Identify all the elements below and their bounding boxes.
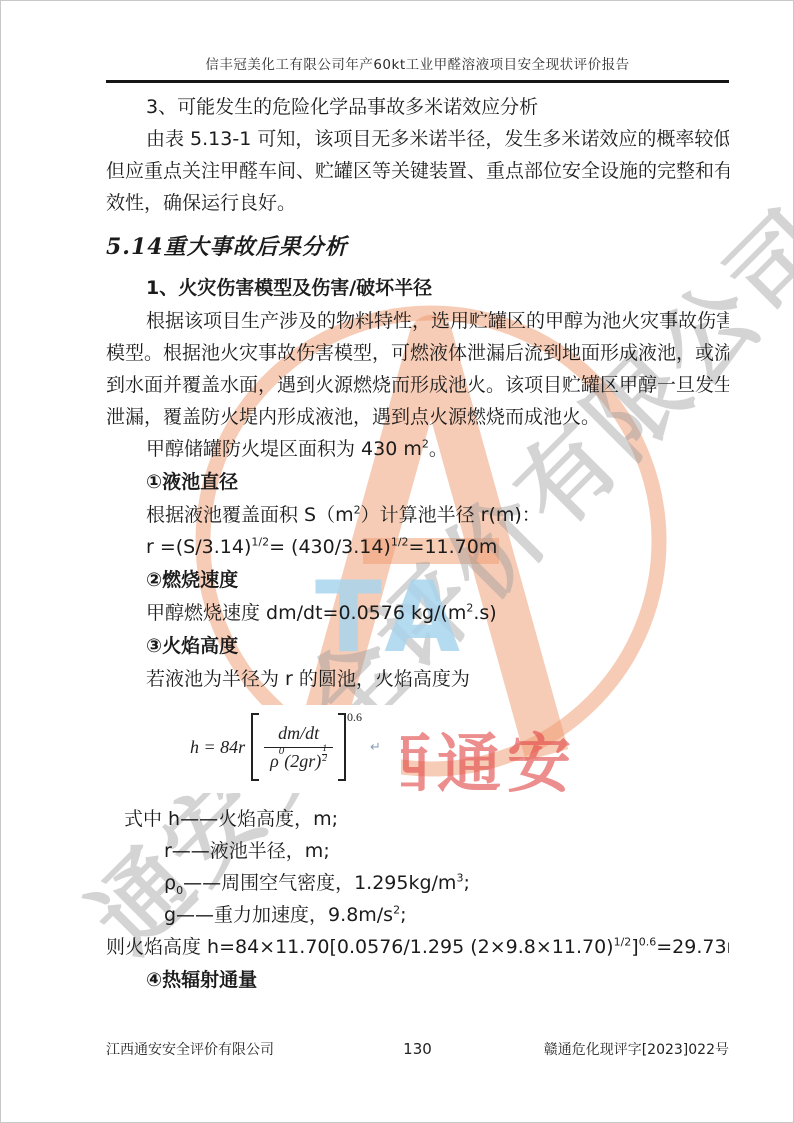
text-line: 由表 5.13-1 可知，该项目无多米诺半径，发生多米诺效应的概率较低。 — [146, 123, 729, 155]
formula-fraction: dm/dt ρ0(2gr)12 — [264, 723, 333, 772]
flame-height-formula: h = 84r dm/dt ρ0(2gr)12 0.6 ↵ — [178, 705, 401, 793]
text-segment: = (430/3.14) — [269, 536, 391, 558]
text-segment: 5.14重大事故后果分析 — [106, 234, 348, 260]
paragraph-return-mark: ↵ — [370, 740, 381, 755]
text-segment: 根据该项目生产涉及的物料特性，选用贮罐区的甲醇为池火灾事故伤害 — [146, 310, 729, 332]
formula-numerator: dm/dt — [268, 723, 329, 747]
text-segment: ）计算池半径 r(m)： — [361, 504, 541, 526]
text-line: ②燃烧速度 — [146, 563, 729, 597]
formula-right-bracket — [338, 713, 346, 781]
body-text-block-bottom: 式中 h——火焰高度，m;r——液池半径，m;ρ0——周围空气密度，1.295k… — [106, 803, 729, 997]
text-segment: 模型。根据池火灾事故伤害模型，可燃液体泄漏后流到地面形成液池，或流 — [106, 342, 729, 364]
text-line: 甲醇燃烧速度 dm/dt=0.0576 kg/(m2.s) — [146, 597, 729, 629]
text-line: 根据液池覆盖面积 S（m2）计算池半径 r(m)： — [146, 499, 729, 531]
text-segment: 由表 5.13-1 可知，该项目无多米诺半径，发生多米诺效应的概率较低。 — [146, 128, 729, 150]
text-line: r =(S/3.14)1/2= (430/3.14)1/2=11.70m — [146, 531, 729, 563]
text-segment: 到水面并覆盖水面，遇到火源燃烧而形成池火。该项目贮罐区甲醇一旦发生 — [106, 374, 729, 396]
text-segment: r =(S/3.14) — [146, 536, 251, 558]
document-page: 通安安全评价有限公司 TA 西通安 信丰冠美化工有限公司年产60kt工业甲醛溶液… — [0, 0, 794, 1123]
subscript: 0 — [176, 884, 183, 897]
superscript: 0.6 — [639, 936, 657, 949]
text-segment: 式中 h——火焰高度，m; — [124, 808, 338, 830]
text-line: 5.14重大事故后果分析 — [106, 223, 729, 271]
text-segment: ; — [463, 872, 469, 894]
text-segment: ②燃烧速度 — [146, 569, 238, 591]
page-header: 信丰冠美化工有限公司年产60kt工业甲醛溶液项目安全现状评价报告 — [106, 1, 729, 83]
text-line: 泄漏，覆盖防火堤内形成液池，遇到点火源燃烧而成池火。 — [106, 401, 729, 433]
text-line: 3、可能发生的危险化学品事故多米诺效应分析 — [146, 91, 729, 123]
text-segment: g——重力加速度，9.8m/s — [164, 904, 393, 926]
text-segment: =11.70m — [409, 536, 498, 558]
text-line: ③火焰高度 — [146, 629, 729, 663]
text-segment: 但应重点关注甲醛车间、贮罐区等关键装置、重点部位安全设施的完整和有 — [106, 160, 729, 182]
text-line: 若液池为半径为 r 的圆池，火焰高度为 — [146, 663, 729, 695]
text-line: 则火焰高度 h=84×11.70[0.0576/1.295 (2×9.8×11.… — [106, 931, 729, 963]
formula-left-bracket — [251, 713, 259, 781]
text-segment: 根据液池覆盖面积 S（m — [146, 504, 354, 526]
text-segment: ] — [631, 936, 638, 958]
text-segment: 泄漏，覆盖防火堤内形成液池，遇到点火源燃烧而成池火。 — [106, 406, 600, 428]
footer-page-number: 130 — [378, 1040, 458, 1058]
text-segment: ; — [400, 904, 406, 926]
formula-den-paren: (2gr) — [284, 751, 321, 772]
text-line: r——液池半径，m; — [164, 835, 729, 867]
text-line: ④热辐射通量 — [146, 963, 729, 997]
formula-denominator: ρ0(2gr)12 — [264, 747, 333, 772]
text-segment: 甲醇燃烧速度 dm/dt=0.0576 kg/(m — [146, 602, 466, 624]
text-line: 甲醇储罐防火堤区面积为 430 m2。 — [146, 433, 729, 465]
text-segment: ③火焰高度 — [146, 635, 238, 657]
formula-outer-exponent: 0.6 — [347, 710, 362, 725]
text-segment: 若液池为半径为 r 的圆池，火焰高度为 — [146, 668, 470, 690]
text-line: ①液池直径 — [146, 465, 729, 499]
text-segment: ①液池直径 — [146, 471, 238, 493]
report-title: 信丰冠美化工有限公司年产60kt工业甲醛溶液项目安全现状评价报告 — [106, 53, 729, 73]
text-line: 式中 h——火焰高度，m; — [124, 803, 729, 835]
text-line: 1、火灾伤害模型及伤害/破坏半径 — [146, 271, 729, 305]
text-segment: 效性，确保运行良好。 — [106, 192, 296, 214]
page-footer: 江西通安安全评价有限公司 130 赣通危化现评字[2023]022号 — [106, 1039, 729, 1059]
text-segment: ④热辐射通量 — [146, 969, 257, 991]
formula-den-exponent: 12 — [322, 745, 327, 765]
text-line: g——重力加速度，9.8m/s2; — [164, 899, 729, 931]
text-line: ρ0——周围空气密度，1.295kg/m3; — [164, 867, 729, 899]
body-text-block-top: 3、可能发生的危险化学品事故多米诺效应分析由表 5.13-1 可知，该项目无多米… — [106, 91, 729, 695]
text-line: 但应重点关注甲醛车间、贮罐区等关键装置、重点部位安全设施的完整和有 — [106, 155, 729, 187]
text-segment: .s) — [473, 602, 496, 624]
formula-lhs: h = 84r — [190, 737, 245, 758]
text-segment: ρ — [164, 872, 176, 894]
text-line: 模型。根据池火灾事故伤害模型，可燃液体泄漏后流到地面形成液池，或流 — [106, 337, 729, 369]
text-segment: 甲醇储罐防火堤区面积为 430 m — [146, 438, 422, 460]
text-segment: 则火焰高度 h=84×11.70[0.0576/1.295 (2×9.8×11.… — [106, 936, 614, 958]
superscript: 1/2 — [251, 536, 269, 549]
superscript: 1/2 — [614, 936, 632, 949]
text-segment: 1、火灾伤害模型及伤害/破坏半径 — [146, 277, 432, 299]
formula-rho: ρ — [270, 751, 279, 772]
footer-document-number: 赣通危化现评字[2023]022号 — [458, 1039, 730, 1059]
superscript: 1/2 — [391, 536, 409, 549]
text-segment: =29.73m — [656, 936, 729, 958]
superscript: 2 — [422, 438, 429, 451]
text-line: 根据该项目生产涉及的物料特性，选用贮罐区的甲醇为池火灾事故伤害 — [146, 305, 729, 337]
footer-company-name: 江西通安安全评价有限公司 — [106, 1039, 378, 1059]
text-segment: ——周围空气密度，1.295kg/m — [183, 872, 456, 894]
text-line: 效性，确保运行良好。 — [106, 187, 729, 219]
document-content: 3、可能发生的危险化学品事故多米诺效应分析由表 5.13-1 可知，该项目无多米… — [106, 91, 729, 997]
text-line: 到水面并覆盖水面，遇到火源燃烧而形成池火。该项目贮罐区甲醇一旦发生 — [106, 369, 729, 401]
superscript: 2 — [354, 504, 361, 517]
text-segment: 3、可能发生的危险化学品事故多米诺效应分析 — [146, 96, 538, 118]
text-segment: r——液池半径，m; — [164, 840, 330, 862]
text-segment: 。 — [429, 438, 448, 460]
